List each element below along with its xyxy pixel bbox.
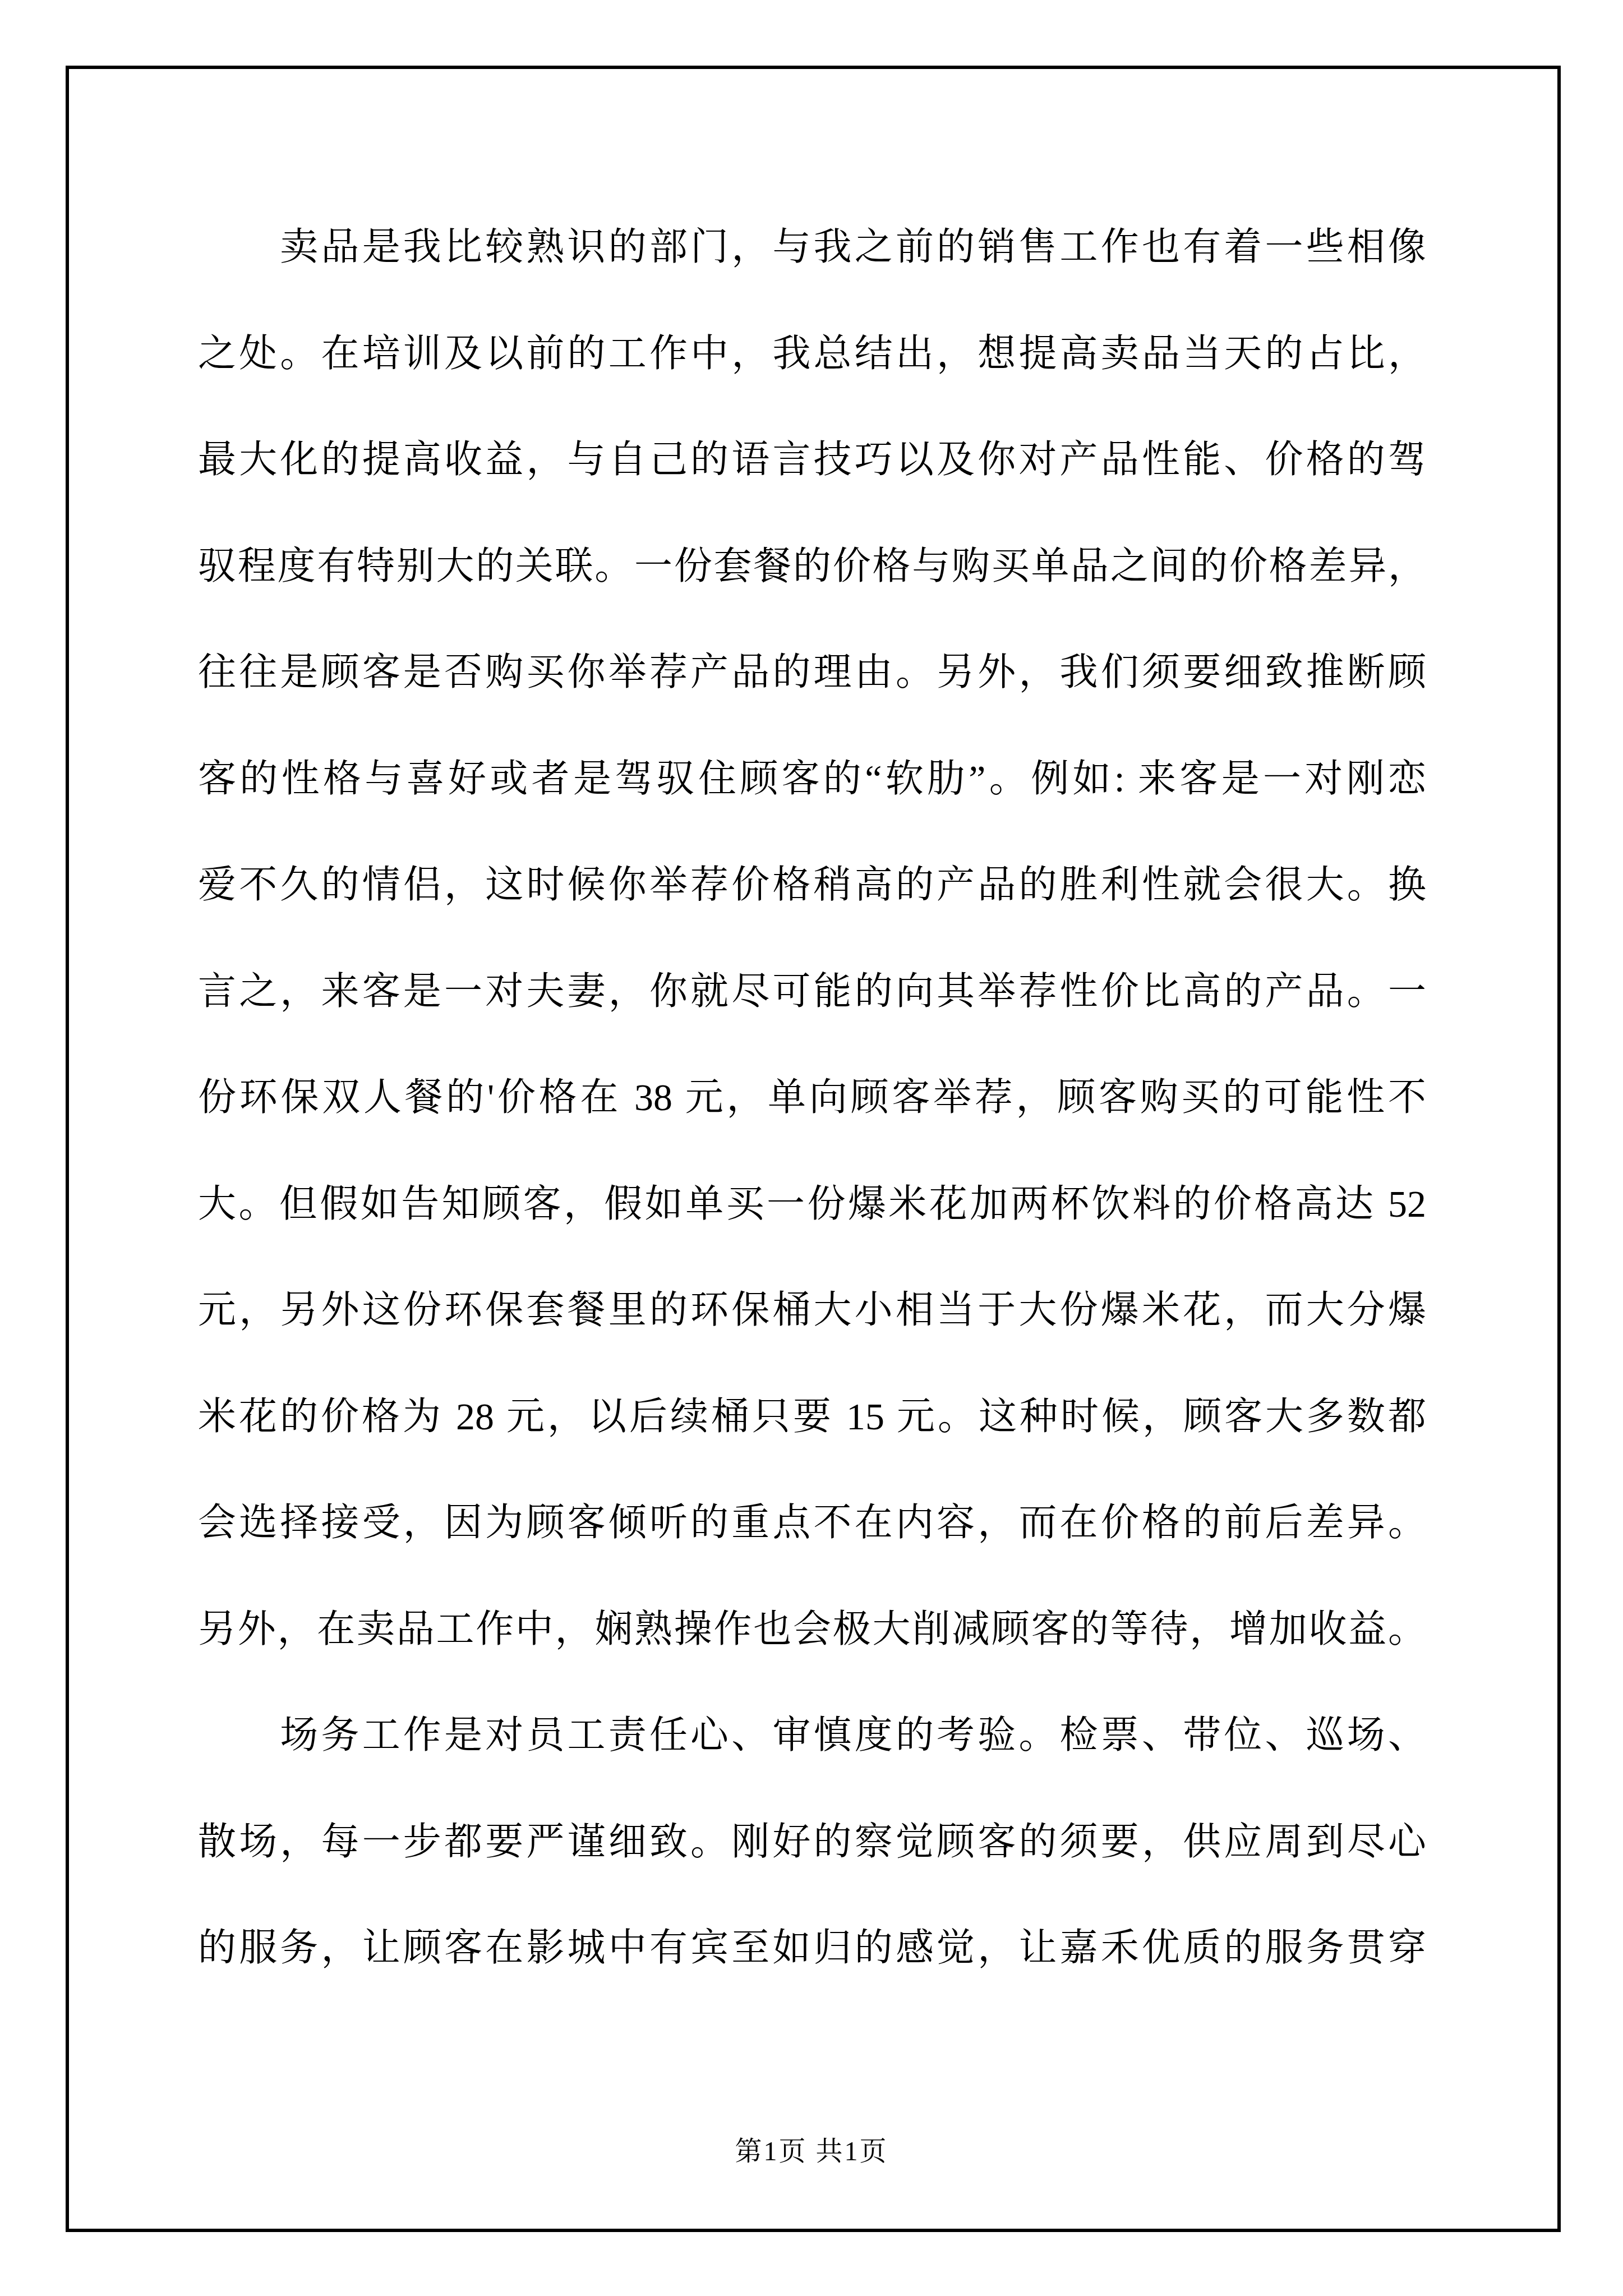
document-body: 卖品是我比较熟识的部门，与我之前的销售工作也有着一些相像 之处。在培训及以前的工…: [198, 194, 1426, 2001]
text-line: 往往是顾客是否购买你举荐产品的理由。另外，我们须要细致推断顾: [198, 619, 1426, 726]
document-page: 卖品是我比较熟识的部门，与我之前的销售工作也有着一些相像 之处。在培训及以前的工…: [0, 0, 1623, 2296]
text-line: 场务工作是对员工责任心、审慎度的考验。检票、带位、巡场、: [198, 1682, 1426, 1789]
text-line: 散场，每一步都要严谨细致。刚好的察觉顾客的须要，供应周到尽心: [198, 1789, 1426, 1895]
text-line: 客的性格与喜好或者是驾驭住顾客的“软肋”。例如: 来客是一对刚恋: [198, 726, 1426, 832]
text-line: 爱不久的情侣，这时候你举荐价格稍高的产品的胜利性就会很大。换: [198, 832, 1426, 938]
text-line: 的服务，让顾客在影城中有宾至如归的感觉，让嘉禾优质的服务贯穿: [198, 1895, 1426, 2001]
text-line: 之处。在培训及以前的工作中，我总结出，想提高卖品当天的占比，: [198, 301, 1426, 407]
text-line: 言之，来客是一对夫妻，你就尽可能的向其举荐性价比高的产品。一: [198, 938, 1426, 1045]
text-line: 驭程度有特别大的关联。一份套餐的价格与购买单品之间的价格差异，: [198, 513, 1426, 620]
text-line: 另外，在卖品工作中，娴熟操作也会极大削减顾客的等待，增加收益。: [198, 1576, 1426, 1683]
text-line: 会选择接受，因为顾客倾听的重点不在内容，而在价格的前后差异。: [198, 1470, 1426, 1576]
text-line: 最大化的提高收益，与自己的语言技巧以及你对产品性能、价格的驾: [198, 407, 1426, 513]
text-line: 米花的价格为 28 元，以后续桶只要 15 元。这种时候，顾客大多数都: [198, 1364, 1426, 1470]
page-number-footer: 第1页 共1页: [0, 2129, 1623, 2168]
text-line: 卖品是我比较熟识的部门，与我之前的销售工作也有着一些相像: [198, 194, 1426, 301]
text-line: 份环保双人餐的'价格在 38 元，单向顾客举荐，顾客购买的可能性不: [198, 1045, 1426, 1151]
text-line: 大。但假如告知顾客，假如单买一份爆米花加两杯饮料的价格高达 52: [198, 1151, 1426, 1258]
text-line: 元，另外这份环保套餐里的环保桶大小相当于大份爆米花，而大分爆: [198, 1257, 1426, 1364]
